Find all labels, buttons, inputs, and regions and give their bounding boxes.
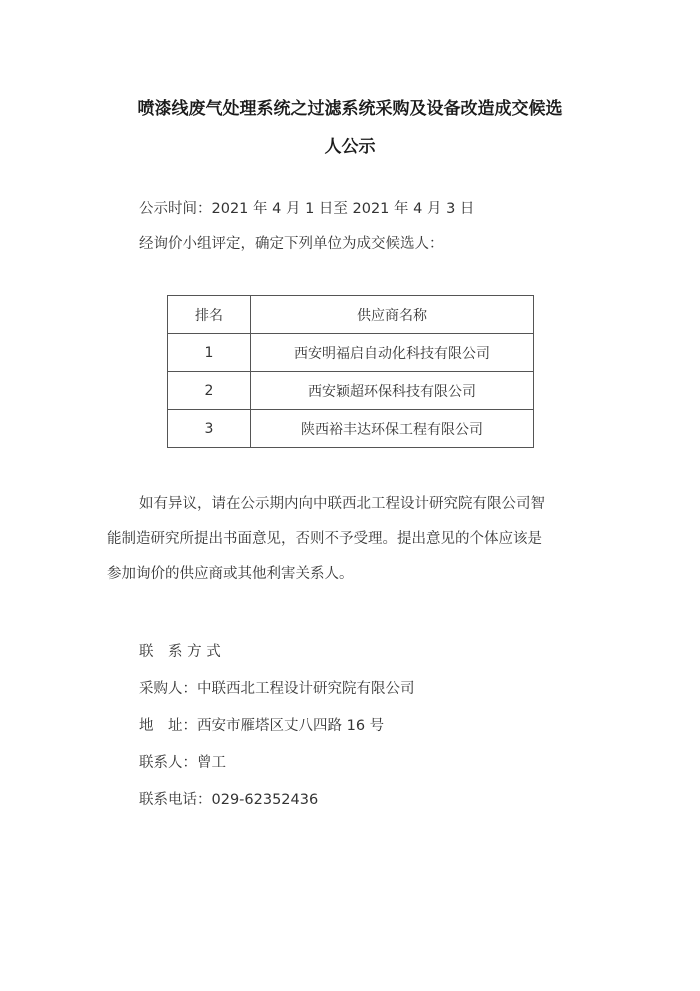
table-row: 2 西安颖超环保科技有限公司 [168, 372, 534, 410]
objection-line-1: 如有异议，请在公示期内向中联西北工程设计研究院有限公司智 [139, 492, 545, 513]
header-rank: 排名 [168, 296, 251, 334]
header-supplier: 供应商名称 [251, 296, 534, 334]
objection-line-3: 参加询价的供应商或其他利害关系人。 [107, 562, 354, 583]
notice-title-line-2: 人公示 [0, 132, 700, 157]
table-row: 3 陕西裕丰达环保工程有限公司 [168, 410, 534, 448]
rank-cell: 3 [168, 410, 251, 448]
contact-person: 联系人：曾工 [139, 751, 226, 772]
contact-heading: 联 系 方 式 [139, 640, 221, 661]
supplier-cell: 陕西裕丰达环保工程有限公司 [251, 410, 534, 448]
candidates-table: 排名 供应商名称 1 西安明福启自动化科技有限公司 2 西安颖超环保科技有限公司… [167, 295, 534, 448]
notice-period: 公示时间：2021 年 4 月 1 日至 2021 年 4 月 3 日 [139, 197, 474, 218]
intro-text: 经询价小组评定，确定下列单位为成交候选人： [139, 232, 444, 253]
objection-line-2: 能制造研究所提出书面意见，否则不予受理。提出意见的个体应该是 [107, 527, 542, 548]
supplier-cell: 西安明福启自动化科技有限公司 [251, 334, 534, 372]
table-header-row: 排名 供应商名称 [168, 296, 534, 334]
rank-cell: 2 [168, 372, 251, 410]
supplier-cell: 西安颖超环保科技有限公司 [251, 372, 534, 410]
rank-cell: 1 [168, 334, 251, 372]
contact-purchaser: 采购人：中联西北工程设计研究院有限公司 [139, 677, 415, 698]
table-row: 1 西安明福启自动化科技有限公司 [168, 334, 534, 372]
contact-phone: 联系电话：029-62352436 [139, 788, 318, 809]
contact-address: 地 址：西安市雁塔区丈八四路 16 号 [139, 714, 384, 735]
notice-title-line-1: 喷漆线废气处理系统之过滤系统采购及设备改造成交候选 [0, 94, 700, 119]
